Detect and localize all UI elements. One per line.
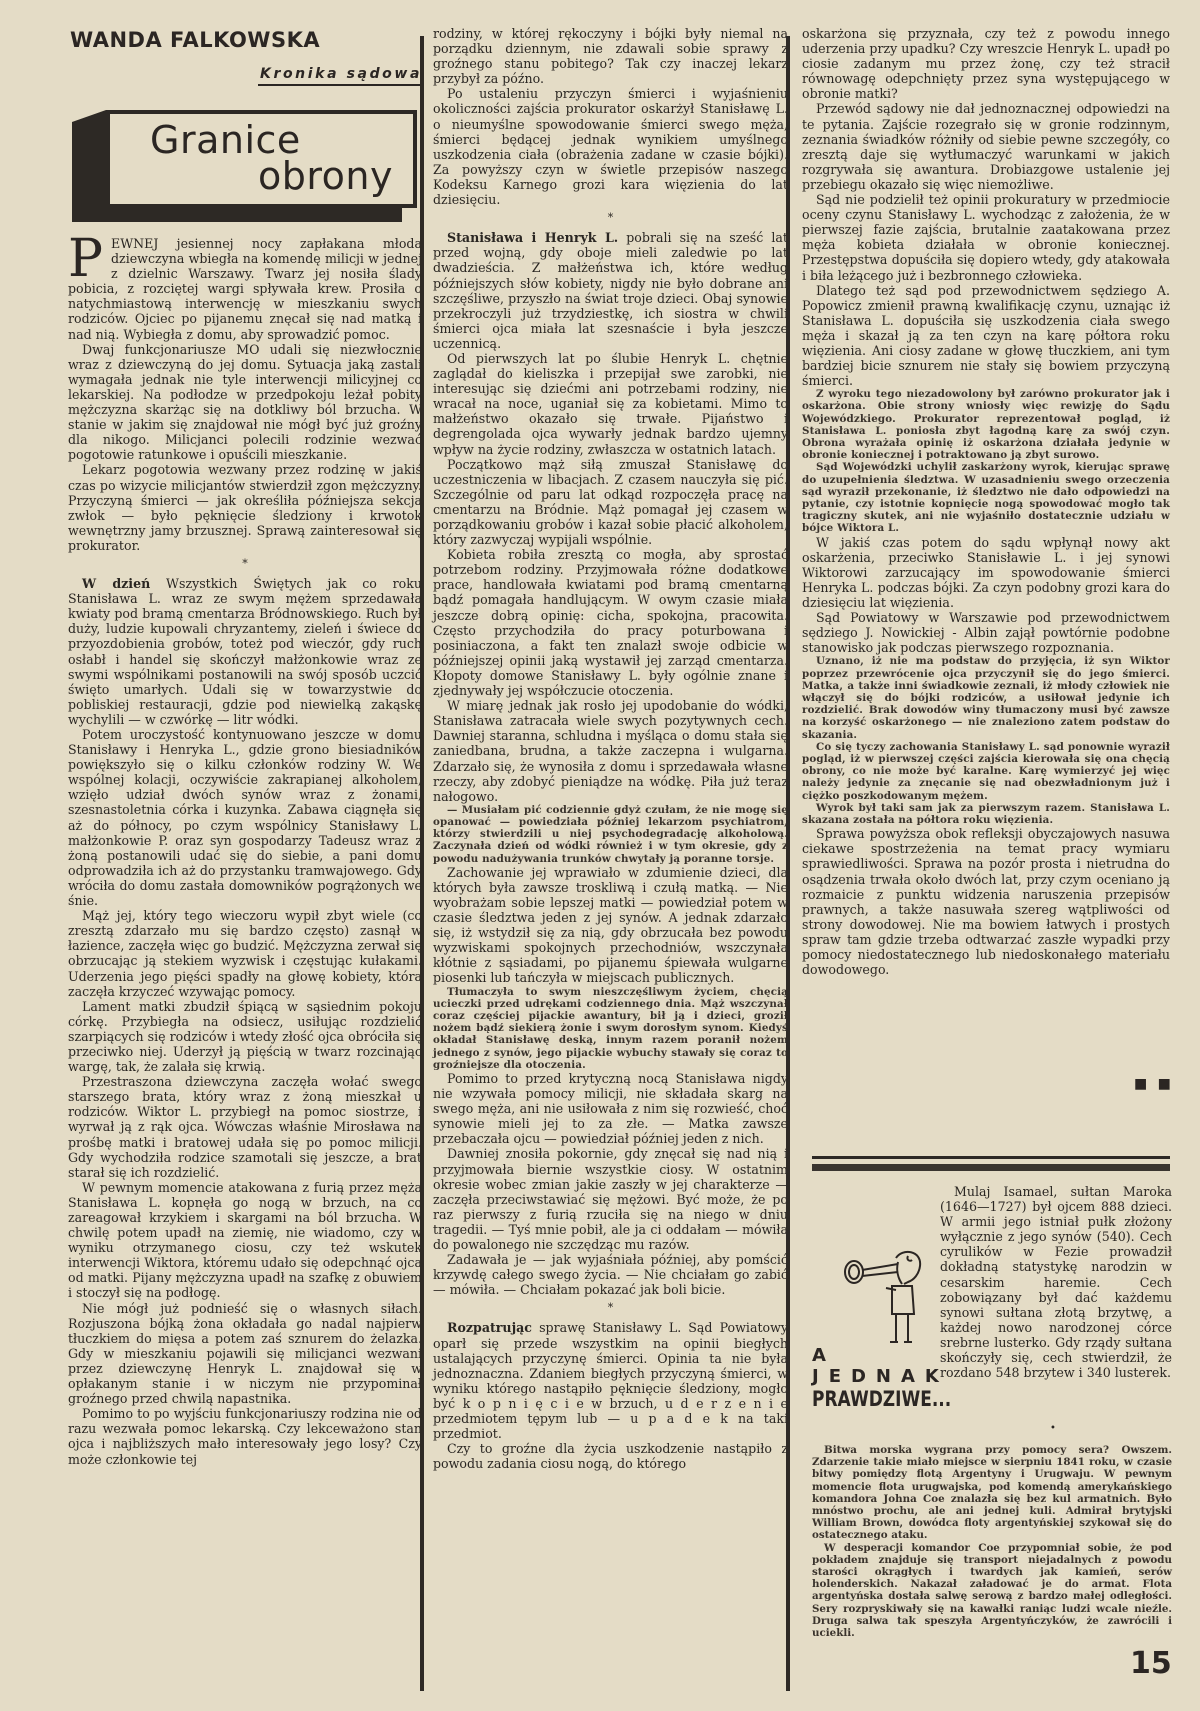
sidebar-fact-cheese-battle: Bitwa morska wygrana przy pomocy sera? O… [812,1444,1172,1639]
article-paragraph: Pomimo to przed krytyczną nocą Stanisław… [433,1071,788,1146]
paragraph-lead-in: Rozpatrując [447,1320,532,1335]
article-column-3: oskarżona się przyznała, czy też z powod… [802,26,1170,977]
article-paragraph: Dlatego też sąd pod przewodnictwem sędzi… [802,283,1170,389]
article-paragraph: rodziny, w której rękoczyny i bójki były… [433,26,788,86]
article-paragraph: Mąż jej, który tego wieczoru wypił zbyt … [68,908,422,999]
headline-frame: Granice obrony [106,110,417,208]
article-paragraph: Przewód sądowy nie dał jednoznacznej odp… [802,101,1170,192]
article-paragraph: Potem uroczystość kontynuowano jeszcze w… [68,727,422,908]
article-paragraph: Sąd nie podzielił też opinii prokuratury… [802,192,1170,283]
paragraph-lead-in: Stanisława i Henryk L. [447,230,618,245]
article-paragraph: oskarżona się przyznała, czy też z powod… [802,26,1170,101]
sidebar-fact-cheese-p1: Bitwa morska wygrana przy pomocy sera? O… [812,1444,1172,1542]
article-paragraph: Od pierwszych lat po ślubie Henryk L. ch… [433,351,788,457]
article-column-2: rodziny, w której rękoczyny i bójki były… [433,26,788,1471]
article-paragraph: Nie mógł już podnieść się o własnych sił… [68,1301,422,1407]
sidebar-title: A JEDNAK PRAWDZIWE... [812,1345,951,1407]
sidebar-title-a: A [812,1345,951,1366]
article-paragraph: W dzień Wszystkich Świętych jak co roku … [68,576,422,727]
sidebar-fact-cheese-p2: W desperacji komandor Coe przypomniał so… [812,1542,1172,1640]
article-small-print-paragraph: Z wyroku tego niezadowolony był zarówno … [802,388,1170,461]
ear-trumpet-man-illustration-icon [840,1250,940,1350]
article-lead-paragraph: PEWNEJ jesiennej nocy zapłakana młoda dz… [68,236,422,342]
article-paragraph: Kobieta robiła zresztą co mogła, aby spr… [433,547,788,698]
article-end-mark: ■ ■ [1134,1076,1174,1092]
article-paragraph: Zadawała je — jak wyjaśniała później, ab… [433,1252,788,1297]
page-number: 15 [1130,1646,1172,1681]
article-paragraph: W miarę jednak jak rosło jej upodobanie … [433,698,788,804]
article-small-print-paragraph: Uznano, iż nie ma podstaw do przyjęcia, … [802,655,1170,740]
article-paragraph: Stanisława i Henryk L. pobrali się na sz… [433,230,788,351]
drop-cap: P [68,237,103,281]
section-separator: * [433,210,788,225]
article-paragraph: Sąd Powiatowy w Warszawie pod przewodnic… [802,610,1170,655]
article-paragraph: Początkowo mąż siłą zmuszał Stanisławę d… [433,457,788,548]
sidebar-top-rule-thick [812,1164,1170,1171]
column-divider [786,36,790,1691]
headline-box: Granice obrony [72,110,417,224]
article-small-print-paragraph: — Musiałam pić codziennie gdyż czułam, ż… [433,804,788,865]
sidebar-title-prawdziwe: PRAWDZIWE... [812,1387,951,1412]
article-paragraph: Lekarz pogotowia wezwany przez rodzinę w… [68,462,422,553]
section-separator: * [433,1300,788,1315]
article-paragraph: Dawniej znosiła pokornie, gdy znęcał się… [433,1146,788,1252]
article-column-1: PEWNEJ jesiennej nocy zapłakana młoda dz… [68,236,422,1467]
article-paragraph: W pewnym momencie atakowana z furią prze… [68,1180,422,1301]
article-small-print-paragraph: Sąd Wojewódzki uchylił zaskarżony wyrok,… [802,461,1170,534]
column-divider [420,36,424,1691]
article-paragraph: W jakiś czas potem do sądu wpłynął nowy … [802,535,1170,610]
headline-line-2: obrony [258,154,393,198]
article-paragraph: Zachowanie jej wprawiało w zdumienie dzi… [433,865,788,986]
sidebar-top-rule [812,1156,1170,1159]
article-paragraph: Pomimo to po wyjściu funkcjonariuszy rod… [68,1406,422,1466]
article-paragraph: Czy to groźne dla życia uszkodzenie nast… [433,1441,788,1471]
article-small-print-paragraph: Tłumaczyła to swym nieszczęśliwym życiem… [433,986,788,1071]
magazine-page: WANDA FALKOWSKA Kronika sądowa Granice o… [0,0,1200,1711]
article-paragraph: Dwaj funkcjonariusze MO udali się niezwł… [68,342,422,463]
section-separator: * [68,556,422,571]
author-byline: WANDA FALKOWSKA [70,28,320,52]
sidebar-separator: • [1050,1423,1056,1434]
section-rubric: Kronika sądowa [258,66,422,86]
sidebar-fact-sultan: Mulaj Isamael, sułtan Maroka (1646—1727)… [940,1184,1172,1380]
article-small-print-paragraph: Wyrok był taki sam jak za pierwszym raze… [802,802,1170,826]
article-paragraph: Sprawa powyższa obok refleksji obyczajow… [802,826,1170,977]
sidebar-fact-sultan-text: Mulaj Isamael, sułtan Maroka (1646—1727)… [940,1184,1172,1380]
article-small-print-paragraph: Co się tyczy zachowania Stanisławy L. są… [802,741,1170,802]
article-paragraph: Po ustaleniu przyczyn śmierci i wyjaśnie… [433,86,788,207]
paragraph-lead-in: W dzień [82,576,150,591]
article-paragraph: Lament matki zbudził śpiącą w sąsiednim … [68,999,422,1074]
article-paragraph: Przestraszona dziewczyna zaczęła wołać s… [68,1074,422,1180]
article-paragraph: Rozpatrując sprawę Stanisławy L. Sąd Pow… [433,1320,788,1441]
sidebar-title-jednak: JEDNAK [812,1366,951,1387]
